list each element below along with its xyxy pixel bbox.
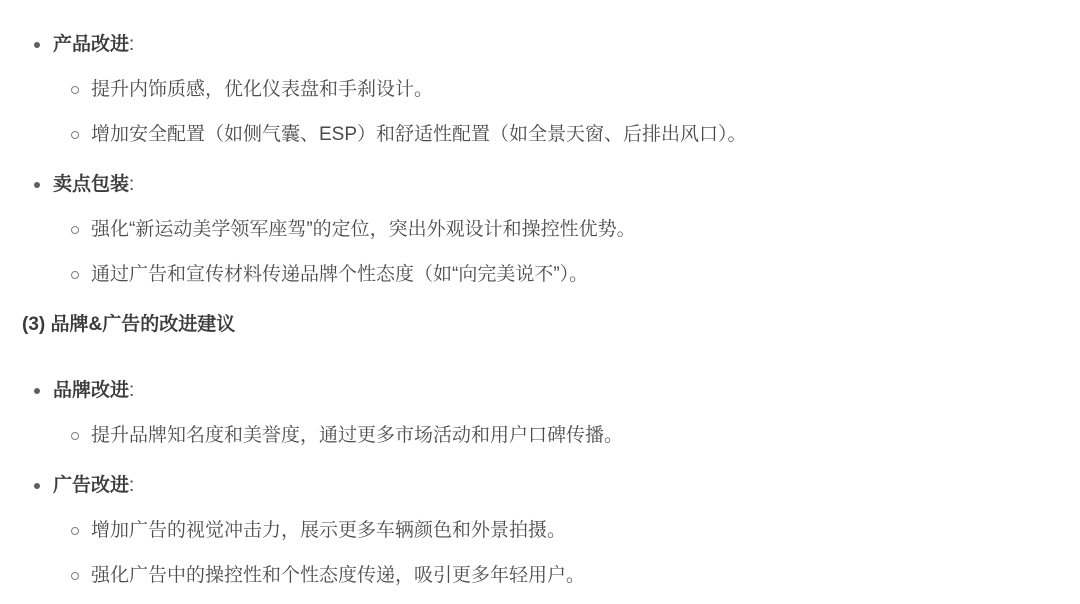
list-term: 产品改进 — [53, 34, 129, 55]
sub-list: 提升品牌知名度和美誉度，通过更多市场活动和用户口碑传播。 — [53, 423, 623, 449]
sub-list-text: 通过广告和宣传材料传递品牌个性态度（如“向完美说不”）。 — [91, 262, 588, 288]
list-term-suffix: : — [129, 475, 134, 496]
sub-list: 提升内饰质感，优化仪表盘和手刹设计。 增加安全配置（如侧气囊、ESP）和舒适性配… — [53, 77, 747, 148]
sub-list-text: 提升内饰质感，优化仪表盘和手刹设计。 — [91, 77, 433, 103]
sub-list-item: 提升品牌知名度和美誉度，通过更多市场活动和用户口碑传播。 — [71, 423, 623, 449]
disc-bullet-icon — [34, 483, 40, 489]
list-item-brand-improvement: 品牌改进: 提升品牌知名度和美誉度，通过更多市场活动和用户口碑传播。 — [22, 378, 1056, 449]
section-heading: (3) 品牌&广告的改进建议 — [22, 312, 1056, 338]
list-term-line: 卖点包装: — [53, 172, 636, 198]
disc-bullet-icon — [34, 182, 40, 188]
list-term-line: 品牌改进: — [53, 378, 623, 404]
sub-list-item: 通过广告和宣传材料传递品牌个性态度（如“向完美说不”）。 — [71, 262, 636, 288]
sub-list-text: 强化广告中的操控性和个性态度传递，吸引更多年轻用户。 — [91, 563, 585, 589]
sub-list-text: 增加安全配置（如侧气囊、ESP）和舒适性配置（如全景天窗、后排出风口）。 — [91, 122, 747, 148]
disc-bullet-icon — [34, 388, 40, 394]
sub-list-item: 增加广告的视觉冲击力，展示更多车辆颜色和外景拍摄。 — [71, 518, 585, 544]
sub-list-item: 强化广告中的操控性和个性态度传递，吸引更多年轻用户。 — [71, 563, 585, 589]
improvement-list-top: 产品改进: 提升内饰质感，优化仪表盘和手刹设计。 增加安全配置（如侧气囊、ES — [22, 32, 1056, 288]
circle-bullet-icon — [71, 572, 79, 580]
disc-bullet-icon — [34, 42, 40, 48]
sub-list-text: 增加广告的视觉冲击力，展示更多车辆颜色和外景拍摄。 — [91, 518, 566, 544]
circle-bullet-icon — [71, 432, 79, 440]
improvement-list-bottom: 品牌改进: 提升品牌知名度和美誉度，通过更多市场活动和用户口碑传播。 — [22, 378, 1056, 589]
circle-bullet-icon — [71, 527, 79, 535]
list-term: 卖点包装 — [53, 174, 129, 195]
sub-list: 强化“新运动美学领军座驾”的定位，突出外观设计和操控性优势。 通过广告和宣传材料… — [53, 217, 636, 288]
list-term-suffix: : — [129, 380, 134, 401]
circle-bullet-icon — [71, 226, 79, 234]
sub-list-item: 强化“新运动美学领军座驾”的定位，突出外观设计和操控性优势。 — [71, 217, 636, 243]
circle-bullet-icon — [71, 271, 79, 279]
list-item-product-improvement: 产品改进: 提升内饰质感，优化仪表盘和手刹设计。 增加安全配置（如侧气囊、ES — [22, 32, 1056, 148]
sub-list-item: 增加安全配置（如侧气囊、ESP）和舒适性配置（如全景天窗、后排出风口）。 — [71, 122, 747, 148]
circle-bullet-icon — [71, 131, 79, 139]
document-content: 产品改进: 提升内饰质感，优化仪表盘和手刹设计。 增加安全配置（如侧气囊、ES — [0, 0, 1080, 589]
list-item-selling-point-packaging: 卖点包装: 强化“新运动美学领军座驾”的定位，突出外观设计和操控性优势。 通过 — [22, 172, 1056, 288]
sub-list-text: 强化“新运动美学领军座驾”的定位，突出外观设计和操控性优势。 — [91, 217, 636, 243]
sub-list-item: 提升内饰质感，优化仪表盘和手刹设计。 — [71, 77, 747, 103]
circle-bullet-icon — [71, 86, 79, 94]
list-term-line: 产品改进: — [53, 32, 747, 58]
list-term: 广告改进 — [53, 475, 129, 496]
sub-list: 增加广告的视觉冲击力，展示更多车辆颜色和外景拍摄。 强化广告中的操控性和个性态度… — [53, 518, 585, 589]
list-term-line: 广告改进: — [53, 473, 585, 499]
sub-list-text: 提升品牌知名度和美誉度，通过更多市场活动和用户口碑传播。 — [91, 423, 623, 449]
list-term: 品牌改进 — [53, 380, 129, 401]
list-term-suffix: : — [129, 34, 134, 55]
list-term-suffix: : — [129, 174, 134, 195]
list-item-ad-improvement: 广告改进: 增加广告的视觉冲击力，展示更多车辆颜色和外景拍摄。 强化广告中的操 — [22, 473, 1056, 589]
